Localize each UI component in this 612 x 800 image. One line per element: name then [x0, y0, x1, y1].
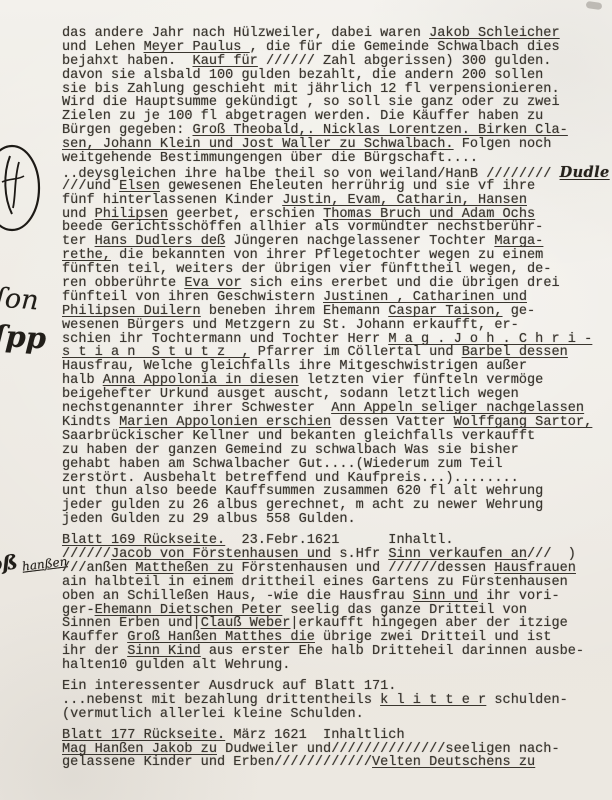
- text-line: ain halbteil in einem drittheil eines Ga…: [62, 576, 602, 590]
- text-segment: s.Hfr: [331, 547, 388, 562]
- margin-handwriting-lower: ſpp: [0, 319, 47, 356]
- text-line: Saarbrückischer Kellner und bekanten gle…: [62, 430, 602, 444]
- text-line: oben an Schilleßen Haus, -wie die Hausfr…: [62, 590, 602, 604]
- text-line: jeden Gulden zu 29 albus 558 Gulden.: [62, 513, 602, 527]
- text-segment: zu haben der ganzen Gemeind zu schwalbac…: [62, 443, 519, 458]
- underlined-name: Wolffgang Sartor,: [454, 415, 593, 430]
- text-segment: ihr vori-: [478, 589, 560, 604]
- underlined-name: Velten Deutschens zu: [372, 755, 535, 770]
- text-segment: oben an Schilleßen Haus, -wie die Hausfr…: [62, 589, 413, 604]
- underlined-name: Elsen: [119, 179, 160, 194]
- text-line: Philipsen Duilern beneben ihrem Ehemann …: [62, 305, 602, 319]
- text-segment: beneben ihrem Ehemann: [201, 304, 389, 319]
- text-segment: ///und: [62, 179, 119, 194]
- underlined-name: k l i t t e r: [380, 693, 486, 708]
- underlined-name: Justin, Evam, Catharin, Hansen: [282, 193, 527, 208]
- underlined-name: Eva vor: [184, 276, 241, 291]
- underlined-name: Groß Theobald,. Nicklas Lorentzen. Birke…: [193, 123, 568, 138]
- underlined-name: Sinn und: [413, 589, 478, 604]
- text-line: Blatt 177 Rückseite. März 1621 Inhaltlic…: [62, 729, 602, 743]
- underlined-name: Blatt 177 Rückseite.: [62, 728, 225, 743]
- text-line: Blatt 169 Rückseite. 23.Febr.1621 Inhalt…: [62, 534, 602, 548]
- text-segment: ihr der: [62, 644, 127, 659]
- underlined-name: sen, Johann Klein und Jost Waller zu Sch…: [62, 137, 454, 152]
- text-line: ihr der Sinn Kind aus erster Ehe halb Dr…: [62, 645, 602, 659]
- text-line: halten10 gulden alt Wehrung.: [62, 659, 602, 673]
- text-line: //////Jacob von Förstenhausen und s.Hfr …: [62, 548, 602, 562]
- text-segment: weitgehende Bestimmungengen über die Bür…: [62, 151, 478, 166]
- text-segment: ///anßen: [62, 561, 135, 576]
- text-line: davon sie alsbald 100 gulden bezahlt, di…: [62, 69, 602, 83]
- text-line: weitgehende Bestimmungengen über die Bür…: [62, 152, 602, 166]
- underlined-name: Ann Appeln seliger nachgelassen: [331, 401, 584, 416]
- underlined-name: rethe,: [62, 248, 111, 263]
- text-line: (vermutlich allerlei kleine Schulden.: [62, 708, 602, 722]
- text-segment: fünfteil von ihren Geschwistern: [62, 290, 323, 305]
- typewritten-text: das andere Jahr nach Hülzweiler, dabei w…: [62, 27, 602, 770]
- underlined-name: Meyer Paulus: [144, 40, 250, 55]
- text-segment: dessen Vatter: [331, 415, 453, 430]
- text-segment: Ein interessenter Ausdruck auf Blatt 171…: [62, 679, 396, 694]
- text-segment: aus erster Ehe halb Dritteheil darinnen …: [201, 644, 584, 659]
- text-line: gelassene Kinder und Erben////////////Ve…: [62, 756, 602, 770]
- text-segment: die bekannten von ihrer Pflegetochter we…: [111, 248, 543, 263]
- text-segment: beigehefter Urkund ausget auscht, sodann…: [62, 387, 519, 402]
- circle-doodle: [0, 142, 42, 236]
- text-segment: März 1621 Inhaltlich: [225, 728, 404, 743]
- text-segment: fünften teil, weiters der übrigen vier f…: [62, 262, 551, 277]
- underlined-name: Jacob von Förstenhausen und: [111, 547, 331, 562]
- margin-handwriting-gross: oß: [0, 550, 19, 576]
- underlined-name: Philipsen Duilern: [62, 304, 201, 319]
- underlined-name: Sinn Kind: [127, 644, 200, 659]
- text-segment: halten10 gulden alt Wehrung.: [62, 658, 290, 673]
- underlined-name: Kauf für: [193, 54, 258, 69]
- scan-smudge: [586, 1, 603, 10]
- text-segment: Förstenhausen und //////dessen: [233, 561, 494, 576]
- text-segment: Bürgen gegeben:: [62, 123, 193, 138]
- underlined-name: Jakob Schleicher: [429, 26, 560, 41]
- text-segment: //////: [62, 547, 111, 562]
- text-segment: Kindts: [62, 415, 119, 430]
- text-segment: ////// Zahl abgerissen) 300 gulden.: [258, 54, 552, 69]
- text-line: fünften teil, weiters der übrigen vier f…: [62, 263, 602, 277]
- text-line: sen, Johann Klein und Jost Waller zu Sch…: [62, 138, 602, 152]
- handwritten-note: Dudle: [560, 164, 610, 181]
- text-segment: fünf hinterlassenen Kinder: [62, 193, 282, 208]
- margin-handwriting-upper: ſon: [0, 283, 40, 317]
- text-line: zu haben der ganzen Gemeind zu schwalbac…: [62, 444, 602, 458]
- text-line: ///und Elsen gewesenen Eheleuten herrühr…: [62, 180, 602, 194]
- text-segment: und Lehen: [62, 40, 144, 55]
- text-line: ren obberührte Eva vor sich eins ererbet…: [62, 277, 602, 291]
- text-segment: ren obberührte: [62, 276, 184, 291]
- text-line: bejahxt haben. Kauf für ////// Zahl abge…: [62, 55, 602, 69]
- text-segment: , die für die Gemeinde Schwalbach dies: [250, 40, 560, 55]
- text-segment: schulden-: [486, 693, 568, 708]
- underlined-name: Hausfrauen: [494, 561, 576, 576]
- text-line: gehabt haben am Schwalbacher Gut....(Wie…: [62, 458, 602, 472]
- text-segment: (vermutlich allerlei kleine Schulden.: [62, 707, 364, 722]
- text-segment: nechstgenannter ihrer Schwester: [62, 401, 331, 416]
- text-line: fünfteil von ihren Geschwistern Justinen…: [62, 291, 602, 305]
- text-segment: 23.Febr.1621 Inhaltl.: [225, 533, 453, 548]
- text-line: nechstgenannter ihrer Schwester Ann Appe…: [62, 402, 602, 416]
- text-line: das andere Jahr nach Hülzweiler, dabei w…: [62, 27, 602, 41]
- text-line: und Lehen Meyer Paulus , die für die Gem…: [62, 41, 602, 55]
- text-segment: /// ): [527, 547, 576, 562]
- text-segment: wesenen Bürgers und Metzgern zu St. Joha…: [62, 318, 519, 333]
- text-line: Ein interessenter Ausdruck auf Blatt 171…: [62, 680, 602, 694]
- text-line: ...nebenst mit bezahlung drittentheils k…: [62, 694, 602, 708]
- text-segment: ...nebenst mit bezahlung drittentheils: [62, 693, 380, 708]
- text-line: wesenen Bürgers und Metzgern zu St. Joha…: [62, 319, 602, 333]
- text-segment: ain halbteil in einem drittheil eines Ga…: [62, 575, 568, 590]
- text-segment: davon sie alsbald 100 gulden bezahlt, di…: [62, 68, 543, 83]
- text-segment: gehabt haben am Schwalbacher Gut....(Wie…: [62, 457, 503, 472]
- text-line: beigehefter Urkund ausget auscht, sodann…: [62, 388, 602, 402]
- text-line: ///anßen Mattheßen zu Förstenhausen und …: [62, 562, 602, 576]
- underlined-name: Blatt 169 Rückseite.: [62, 533, 225, 548]
- scanned-document-page: ſon ſpp oß hanßen das andere Jahr nach H…: [0, 0, 612, 800]
- text-segment: das andere Jahr nach Hülzweiler, dabei w…: [62, 26, 429, 41]
- underlined-name: Justinen , Catharinen und: [323, 290, 527, 305]
- text-line: fünf hinterlassenen Kinder Justin, Evam,…: [62, 194, 602, 208]
- underlined-name: Marien Appolonien erschien: [119, 415, 331, 430]
- underlined-name: Caspar Taison,: [388, 304, 502, 319]
- text-line: ..deysgleichen ihre halbe theil so von w…: [62, 166, 602, 180]
- text-segment: ge-: [503, 304, 536, 319]
- text-segment: sich eins ererbet und die übrigen drei: [241, 276, 559, 291]
- text-segment: Saarbrückischer Kellner und bekanten gle…: [62, 429, 535, 444]
- underlined-name: Mattheßen zu: [135, 561, 233, 576]
- text-segment: gelassene Kinder und Erben////////////: [62, 755, 372, 770]
- text-segment: Folgen noch: [454, 137, 552, 152]
- text-segment: jeden Gulden zu 29 albus 558 Gulden.: [62, 512, 356, 527]
- text-segment: gewesenen Eheleuten herrührig und sie vf…: [160, 179, 535, 194]
- underlined-name: Sinn verkaufen an: [388, 547, 527, 562]
- text-line: Kindts Marien Appolonien erschien dessen…: [62, 416, 602, 430]
- text-segment: bejahxt haben.: [62, 54, 193, 69]
